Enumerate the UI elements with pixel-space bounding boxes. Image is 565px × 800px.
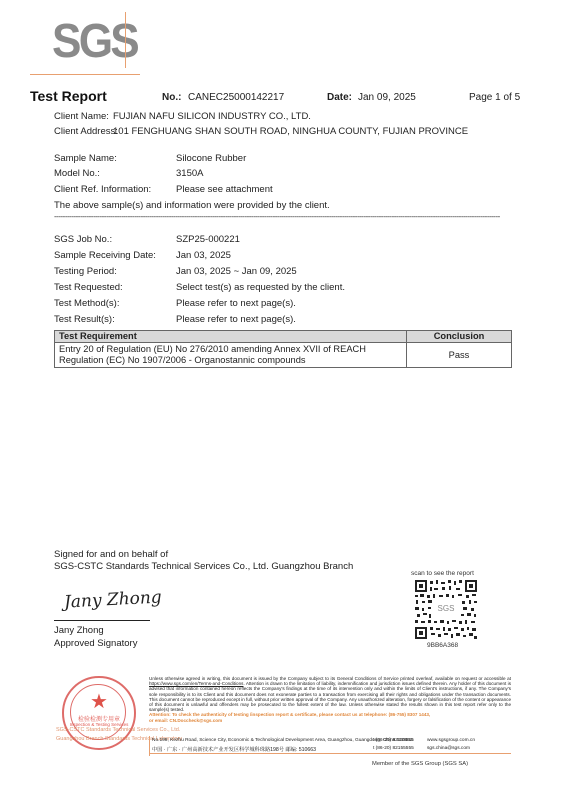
lab-name-line1: SGS-CSTC Standards Technical Services Co… (56, 727, 180, 733)
report-date: Jan 09, 2025 (358, 92, 416, 103)
column-header-conclusion: Conclusion (407, 331, 512, 343)
model-no-label: Model No.: (54, 168, 100, 179)
job-row: Test Requested: Select test(s) as reques… (54, 282, 514, 294)
member-of-sgs: Member of the SGS Group (SGS SA) (372, 761, 468, 767)
email[interactable]: sgs.china@sgs.com (427, 746, 470, 751)
signing-company: SGS-CSTC Standards Technical Services Co… (54, 561, 353, 572)
sample-name-label: Sample Name: (54, 153, 117, 164)
sample-name: Silocone Rubber (176, 153, 246, 164)
signatory-title: Approved Signatory (54, 638, 137, 649)
client-address-row: Client Address: 101 FENGHUANG SHAN SOUTH… (54, 126, 514, 138)
client-address: 101 FENGHUANG SHAN SOUTH ROAD, NINGHUA C… (113, 126, 468, 137)
qr-caption: scan to see the report (411, 570, 474, 577)
job-row: Testing Period: Jan 03, 2025 ~ Jan 09, 2… (54, 266, 514, 278)
job-row: Sample Receiving Date: Jan 03, 2025 (54, 250, 514, 262)
requirement-cell: Entry 20 of Regulation (EU) No 276/2010 … (55, 343, 407, 368)
report-date-label: Date: (327, 92, 352, 103)
test-requirement-table: Test Requirement Conclusion Entry 20 of … (54, 330, 512, 368)
receiving-date: Jan 03, 2025 (176, 250, 231, 261)
sample-row: Sample Name: Silocone Rubber (54, 153, 514, 165)
signed-on-behalf: Signed for and on behalf of (54, 549, 168, 560)
test-results-label: Test Result(s): (54, 314, 115, 325)
test-requested: Select test(s) as requested by the clien… (176, 282, 345, 293)
job-row: Test Result(s): Please refer to next pag… (54, 314, 514, 326)
qr-code-id: 9BB6A368 (427, 642, 458, 649)
report-number: CANEC25000142217 (188, 92, 284, 103)
sample-row: Model No.: 3150A (54, 168, 514, 180)
table-row: Entry 20 of Regulation (EU) No 276/2010 … (55, 343, 512, 368)
qr-code-icon[interactable]: SGS (414, 579, 478, 640)
model-no: 3150A (176, 168, 203, 179)
job-row: SGS Job No.: SZP25-000221 (54, 234, 514, 246)
testing-period-label: Testing Period: (54, 266, 117, 277)
website[interactable]: www.sgsgroup.com.cn (427, 738, 475, 743)
sgs-logo: SGS (52, 14, 152, 70)
test-results: Please refer to next page(s). (176, 314, 296, 325)
separator: ----------------------------------------… (54, 212, 502, 221)
sample-row: Client Ref. Information: Please see atta… (54, 184, 514, 196)
client-name-row: Client Name: FUJIAN NAFU SILICON INDUSTR… (54, 111, 514, 123)
client-name: FUJIAN NAFU SILICON INDUSTRY CO., LTD. (113, 111, 311, 122)
table-header-row: Test Requirement Conclusion (55, 331, 512, 343)
client-address-label: Client Address: (54, 126, 118, 137)
column-header-requirement: Test Requirement (55, 331, 407, 343)
svg-text:SGS: SGS (438, 604, 455, 613)
authenticity-email[interactable]: or email: CN.Doccheck@sgs.com (149, 718, 511, 723)
sample-note: The above sample(s) and information were… (54, 200, 330, 211)
logo-crosshair-vertical (125, 12, 126, 68)
testing-period: Jan 03, 2025 ~ Jan 09, 2025 (176, 266, 297, 277)
page-indicator: Page 1 of 5 (469, 92, 520, 103)
signatory-name: Jany Zhong (54, 625, 104, 636)
phone-1: t (86-20) 82155555 (373, 738, 414, 743)
signature-line (54, 620, 150, 621)
star-icon: ★ (64, 692, 134, 712)
handwritten-signature: Jany Zhong (64, 587, 163, 612)
report-number-label: No.: (162, 92, 181, 103)
client-ref: Please see attachment (176, 184, 273, 195)
phone-2: t (86-20) 82155555 (373, 746, 414, 751)
client-name-label: Client Name: (54, 111, 109, 122)
requirement-line: Regulation (EC) No 1907/2006 - Organosta… (59, 355, 402, 366)
test-methods: Please refer to next page(s). (176, 298, 296, 309)
test-methods-label: Test Method(s): (54, 298, 119, 309)
address-chinese: 中国 · 广东 · 广州高新技术产业开发区科学城科珠路198号 邮编: 5106… (152, 746, 316, 753)
disclaimer: Unless otherwise agreed in writing, this… (149, 676, 511, 723)
receiving-date-label: Sample Receiving Date: (54, 250, 156, 261)
requirement-line: Entry 20 of Regulation (EU) No 276/2010 … (59, 344, 402, 355)
client-ref-label: Client Ref. Information: (54, 184, 151, 195)
footer-divider-horizontal (149, 753, 511, 754)
conclusion-cell: Pass (407, 343, 512, 368)
test-requested-label: Test Requested: (54, 282, 123, 293)
logo-crosshair-horizontal (30, 74, 140, 75)
report-title: Test Report (30, 88, 107, 104)
job-no-label: SGS Job No.: (54, 234, 112, 245)
disclaimer-text: . Attention is drawn to the limitation o… (149, 681, 511, 712)
job-no: SZP25-000221 (176, 234, 240, 245)
job-row: Test Method(s): Please refer to next pag… (54, 298, 514, 310)
